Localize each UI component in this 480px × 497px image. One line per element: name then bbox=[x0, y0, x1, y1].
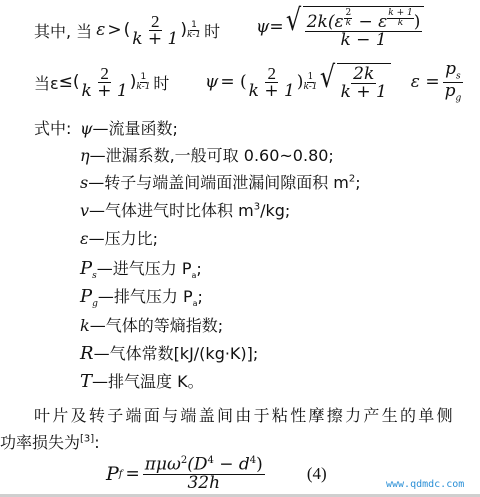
paragraph-text: 叶片及转子端面与端盖间由于粘性摩擦力产生的单侧 bbox=[34, 406, 455, 425]
definition-item-t: T—排气温度 K。 bbox=[80, 369, 204, 392]
description: —转子与端盖间端面泄漏间隙面积 m bbox=[88, 173, 349, 192]
numerator: 2 bbox=[149, 13, 162, 31]
formula-4: Pf = πμω2(D4 − d4) 32h (4) bbox=[106, 453, 327, 495]
e2-den: k bbox=[396, 19, 405, 28]
formula-condition-1: 其中, 当 ε > ( 2 k + 1 ) 1 k-1 时 bbox=[34, 10, 220, 50]
definition-item-s: s—转子与端盖间端面泄漏间隙面积 m2; bbox=[80, 170, 361, 193]
definition-item-pg: Pg—排气压力 Pa; bbox=[80, 284, 203, 309]
denominator: k + 1 bbox=[80, 83, 130, 100]
exp-denominator: k-1 bbox=[136, 83, 150, 92]
exponent-fraction: 1 k-1 bbox=[303, 73, 317, 92]
numer-text: 2k(ε bbox=[307, 12, 344, 32]
formula-psi-1: ψ = √ 2k(ε2k − εk + 1k) k − 1 bbox=[256, 2, 424, 52]
numerator: 2 bbox=[98, 65, 111, 83]
e2-num: k + 1 bbox=[387, 9, 413, 19]
fraction-ps-over-pg: ps pg bbox=[443, 61, 464, 103]
lparen: ( bbox=[73, 72, 80, 92]
close-paren: ) bbox=[414, 12, 421, 32]
e1-num: 2 bbox=[344, 9, 352, 19]
equals-lparen: = ( bbox=[220, 72, 246, 92]
symbol: ε bbox=[80, 229, 89, 248]
p-symbol: P bbox=[106, 463, 119, 485]
numerator: ps bbox=[443, 61, 463, 82]
symbol: s bbox=[80, 173, 88, 192]
denominator: k + 1 bbox=[339, 84, 389, 101]
denominator: k + 1 bbox=[130, 31, 180, 48]
numerator: 2 bbox=[265, 65, 278, 83]
fraction-psi-1: 2k(ε2k − εk + 1k) k − 1 bbox=[305, 7, 423, 49]
definition-item-ps: Ps—进气压力 Pa; bbox=[80, 256, 202, 281]
sub-g: g bbox=[455, 93, 461, 103]
definitions-lead: 式中: bbox=[34, 116, 71, 139]
exp-numerator: 1 bbox=[140, 73, 148, 83]
symbol: P bbox=[80, 286, 92, 307]
exp-denominator: k-1 bbox=[187, 31, 201, 40]
definition-item-k: k—气体的等熵指数; bbox=[80, 313, 223, 336]
denominator: 32h bbox=[185, 475, 222, 492]
exponent-fraction: 1 k-1 bbox=[187, 21, 201, 40]
exp-denominator: k-1 bbox=[303, 83, 317, 92]
exp-numerator: 1 bbox=[307, 73, 315, 83]
minus-eps: − ε bbox=[353, 12, 387, 32]
fraction-2-over-k-plus-1: 2 k + 1 bbox=[247, 65, 297, 100]
colon: : bbox=[94, 433, 99, 452]
rparen: ) bbox=[130, 72, 137, 92]
pi-mu-omega: πμω bbox=[145, 455, 181, 475]
denominator: k − 1 bbox=[338, 32, 388, 49]
formula-condition-2: 当ε ≤ ( 2 k + 1 ) 1 k-1 时 bbox=[34, 62, 169, 102]
symbol: ψ bbox=[80, 119, 93, 138]
paragraph-line-1: 叶片及转子端面与端盖间由于粘性摩擦力产生的单侧 bbox=[34, 403, 455, 426]
paren-D: (D bbox=[187, 455, 207, 475]
equation-number: (4) bbox=[307, 464, 327, 484]
watermark: www.qdmdc.com bbox=[386, 479, 464, 490]
denominator: k + 1 bbox=[247, 83, 297, 100]
shi-label: 时 bbox=[204, 19, 220, 42]
fraction-2-over-k-plus-1: 2 k + 1 bbox=[80, 65, 130, 100]
psi-symbol: ψ bbox=[256, 17, 269, 37]
condition-prefix-2: 当ε bbox=[34, 71, 59, 94]
fraction-2k-over-k-plus-1: 2k k + 1 bbox=[339, 66, 389, 101]
definition-item-psi: ψ—流量函数; bbox=[80, 116, 178, 139]
description: —排气压力 P bbox=[98, 287, 193, 306]
close-paren: ) bbox=[256, 455, 263, 475]
description: —气体的等熵指数; bbox=[90, 316, 223, 335]
radical-icon: √ bbox=[319, 63, 334, 101]
e1-den: k bbox=[344, 19, 353, 28]
exp-numerator: 1 bbox=[190, 21, 198, 31]
definition-item-eps: ε—压力比; bbox=[80, 226, 158, 249]
symbol: v bbox=[80, 201, 89, 220]
le-symbol: ≤ bbox=[59, 72, 73, 92]
formula-psi-2: ψ = ( 2 k + 1 ) 1 k-1 √ 2k k + 1 ε = ps … bbox=[205, 60, 463, 104]
square-root: √ 2k(ε2k − εk + 1k) k − 1 bbox=[284, 6, 425, 49]
symbol: k bbox=[80, 316, 90, 335]
equals-sign: = bbox=[269, 17, 283, 37]
epsilon-definition: ε = bbox=[411, 72, 440, 92]
minus-d: − d bbox=[214, 455, 250, 475]
citation-ref[interactable]: [3] bbox=[80, 434, 94, 445]
description: —进气压力 P bbox=[97, 259, 192, 278]
tail: ; bbox=[198, 287, 203, 306]
definition-item-eta: η—泄漏系数,一般可取 0.60~0.80; bbox=[80, 143, 334, 166]
tail: /kg; bbox=[260, 201, 290, 220]
lparen: ( bbox=[124, 20, 131, 40]
shi-label: 时 bbox=[153, 71, 169, 94]
fraction-power-loss: πμω2(D4 − d4) 32h bbox=[143, 456, 265, 492]
paragraph-text: 功率损失为 bbox=[0, 433, 80, 452]
exp-2-over-k: 2k bbox=[344, 9, 353, 28]
description: —泄漏系数,一般可取 0.60~0.80; bbox=[90, 146, 334, 165]
epsilon-symbol: ε bbox=[96, 20, 105, 40]
tail: ; bbox=[196, 259, 201, 278]
radical-icon: √ bbox=[286, 6, 301, 49]
subscript-f: f bbox=[119, 469, 123, 480]
eps-eq: ε = bbox=[411, 72, 440, 92]
condition-prefix: 其中, 当 bbox=[34, 19, 92, 42]
rparen: ) bbox=[297, 72, 304, 92]
watermark-text: www.qdmdc.com bbox=[386, 479, 464, 490]
paragraph-line-2: 功率损失为[3]: bbox=[0, 430, 100, 453]
p-s: p bbox=[445, 59, 456, 79]
denominator: pg bbox=[443, 83, 464, 103]
square-root: √ 2k k + 1 bbox=[318, 63, 391, 101]
description: —排气温度 K。 bbox=[92, 372, 204, 391]
equals-sign: = bbox=[126, 464, 140, 484]
psi-symbol: ψ bbox=[205, 72, 218, 92]
definition-item-r: R—气体常数[kJ/(kg·K)]; bbox=[80, 341, 258, 364]
exp-k1-over-k: k + 1k bbox=[387, 9, 413, 28]
tail: ; bbox=[355, 173, 360, 192]
description: —气体常数[kJ/(kg·K)]; bbox=[94, 344, 259, 363]
gt-symbol: > bbox=[107, 20, 121, 40]
symbol: P bbox=[80, 258, 92, 279]
exponent-fraction: 1 k-1 bbox=[136, 73, 150, 92]
description: —气体进气时比体积 m bbox=[89, 201, 254, 220]
symbol: T bbox=[80, 371, 92, 392]
p-g: p bbox=[445, 81, 456, 101]
description: —流量函数; bbox=[93, 119, 178, 138]
rparen: ) bbox=[180, 20, 187, 40]
symbol: R bbox=[80, 343, 94, 364]
definition-item-v: v—气体进气时比体积 m3/kg; bbox=[80, 198, 290, 221]
description: —压力比; bbox=[89, 229, 158, 248]
fraction-2-over-k-plus-1: 2 k + 1 bbox=[130, 13, 180, 48]
sub-s: s bbox=[456, 72, 461, 82]
lead-label: 式中: bbox=[34, 119, 71, 138]
numerator: 2k(ε2k − εk + 1k) bbox=[305, 7, 423, 32]
symbol: η bbox=[80, 146, 90, 165]
